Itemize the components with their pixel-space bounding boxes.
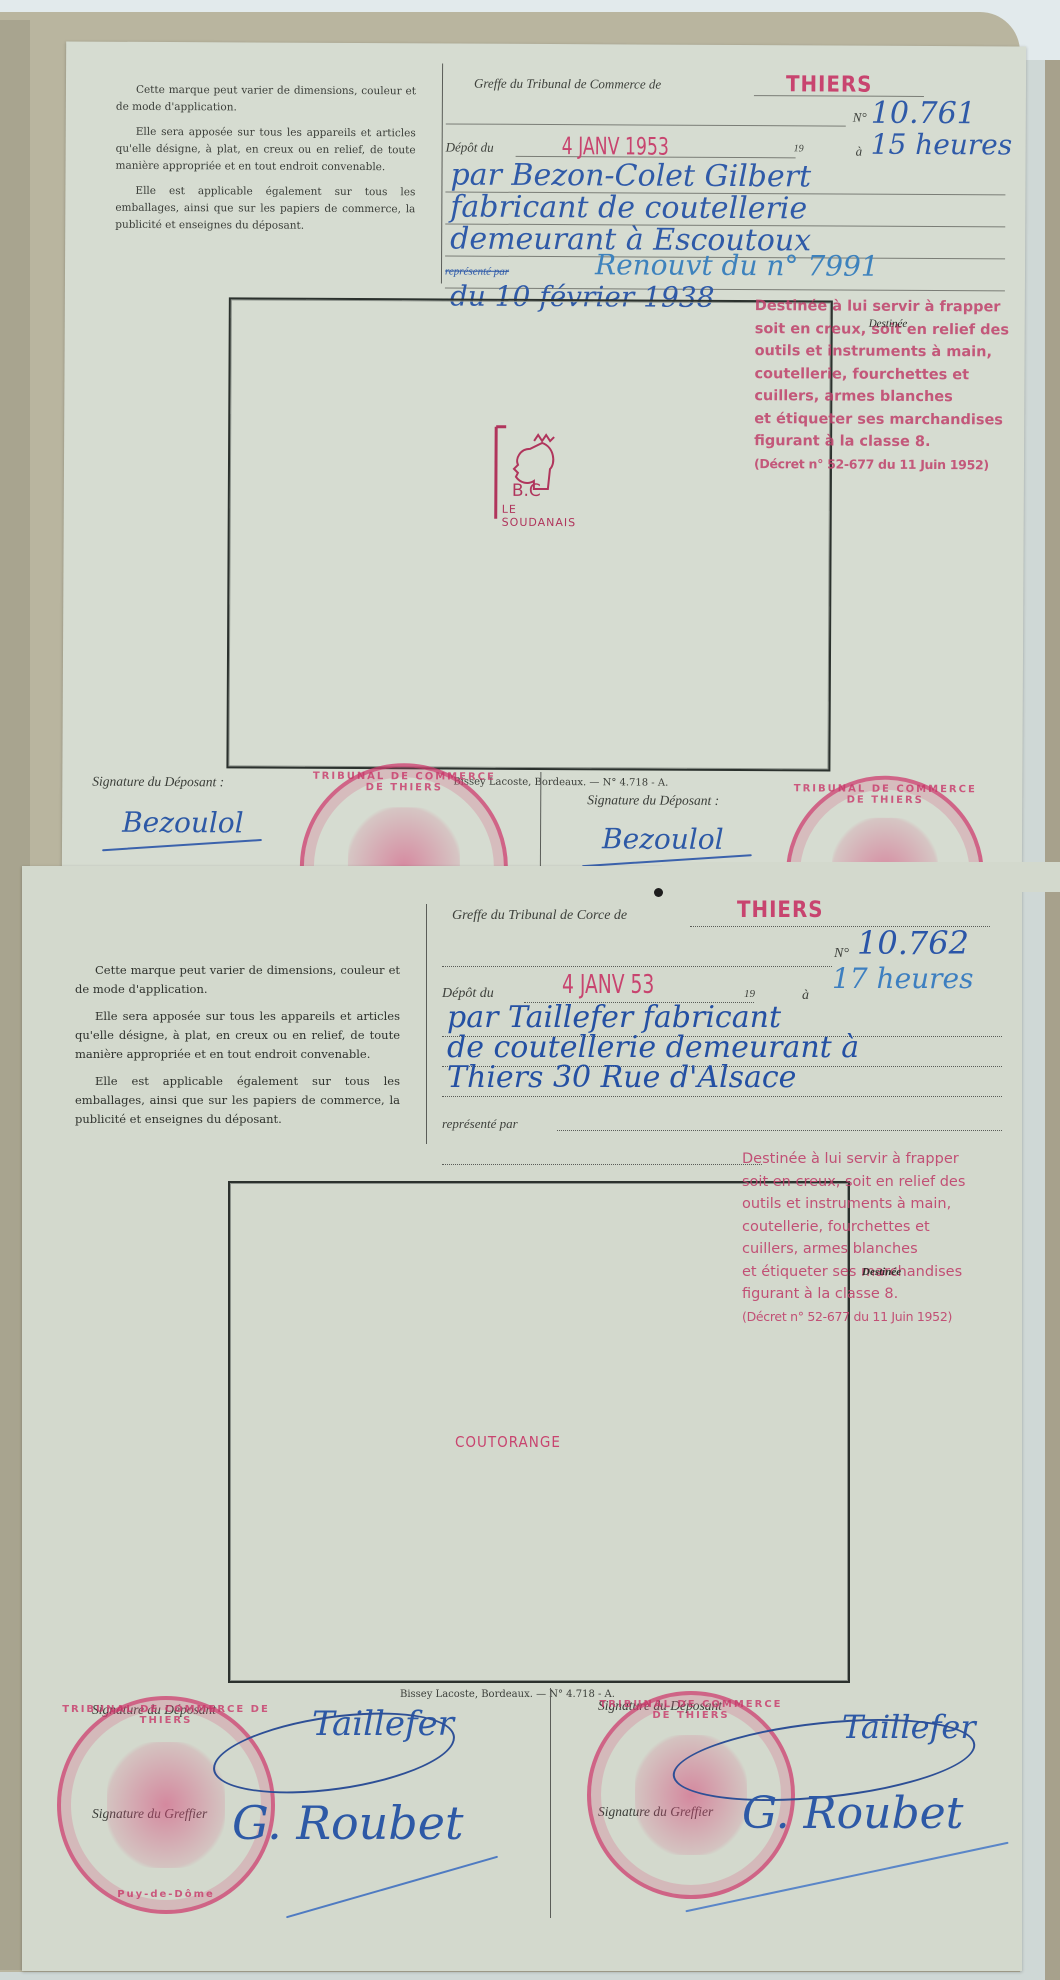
depositor-address: Thiers 30 Rue d'Alsace bbox=[447, 1060, 796, 1095]
depot-label: Dépôt du bbox=[446, 139, 494, 155]
form-sheet-top: Cette marque peut varier de dimensions, … bbox=[62, 41, 1026, 886]
mark-frame: B.C LE SOUDANAIS Bissey Lacoste, Bordeau… bbox=[226, 297, 832, 771]
destinee-print: Destinée bbox=[869, 318, 908, 330]
decree-reference: (Décret n° 52-677 du 11 Juin 1952) bbox=[754, 453, 1024, 477]
field-dots bbox=[442, 1164, 762, 1165]
year-label: 19 bbox=[794, 143, 804, 154]
registration-number: 10.762 bbox=[857, 924, 969, 962]
year-label: 19 bbox=[744, 988, 755, 1000]
represente-label: représenté par bbox=[445, 265, 509, 277]
field-dots bbox=[442, 1096, 1002, 1097]
destination-text: Destinée à lui servir à frapper soit en … bbox=[742, 1148, 1032, 1328]
printer-line: Bissey Lacoste, Bordeaux. — N° 4.718 - A… bbox=[400, 1689, 615, 1700]
destination-line: cuillers, armes blanches bbox=[754, 385, 1024, 409]
field-line bbox=[446, 123, 846, 126]
greffe-label: Greffe du Tribunal de Corce de bbox=[452, 908, 627, 924]
info-paragraph: Elle est applicable également sur tous l… bbox=[75, 1072, 400, 1129]
info-paragraph: Elle sera apposée sur tous les appareils… bbox=[75, 1007, 400, 1064]
greffier-signature: G. Roubet bbox=[232, 1796, 463, 1850]
destination-line: et étiqueter ses marchandises bbox=[754, 408, 1024, 432]
depot-date-stamp: 4 JANV 53 bbox=[562, 970, 654, 1000]
depositant-signature-2: Bezoulol bbox=[602, 822, 724, 856]
time-label: à bbox=[856, 144, 863, 160]
seal-liberty-figure bbox=[107, 1742, 225, 1868]
mark-name: COUTORANGE bbox=[455, 1433, 561, 1451]
form-sheet-bottom: Cette marque peut varier de dimensions, … bbox=[22, 866, 1022, 1971]
info-paragraph: Elle sera apposée sur tous les appareils… bbox=[116, 124, 416, 177]
punch-hole bbox=[654, 888, 663, 897]
field-dots bbox=[557, 1130, 1002, 1131]
seal-bottom-text: Puy-de-Dôme bbox=[61, 1889, 271, 1900]
destination-line: outils et instruments à main, bbox=[742, 1193, 1032, 1216]
signature-underline bbox=[286, 1856, 498, 1919]
destination-line: figurant à la classe 8. bbox=[742, 1283, 1032, 1306]
divider bbox=[426, 904, 427, 1144]
info-paragraph: Cette marque peut varier de dimensions, … bbox=[75, 961, 400, 999]
renewal-note: Renouvt du n° 7991 bbox=[595, 248, 879, 282]
destination-line: Destinée à lui servir à frapper bbox=[755, 295, 1025, 319]
destination-line: Destinée à lui servir à frapper bbox=[742, 1148, 1032, 1171]
destination-line: cuillers, armes blanches bbox=[742, 1238, 1032, 1261]
destination-line: outils et instruments à main, bbox=[755, 340, 1025, 364]
field-dots bbox=[442, 966, 832, 967]
seal-text: TRIBUNAL DE COMMERCE DE THIERS bbox=[61, 1704, 271, 1726]
signature-depositant-label: Signature du Déposant : bbox=[92, 774, 224, 791]
info-paragraphs: Cette marque peut varier de dimensions, … bbox=[115, 82, 416, 244]
seal-text: TRIBUNAL DE COMMERCE DE THIERS bbox=[591, 1699, 791, 1721]
number-label: N° bbox=[853, 110, 867, 126]
seal-text: TRIBUNAL DE COMMERCE DE THIERS bbox=[304, 771, 504, 794]
seal-text: TRIBUNAL DE COMMERCE DE THIERS bbox=[790, 783, 980, 806]
mark-initials: B.C bbox=[512, 481, 541, 501]
destination-line: soit en creux, soit en relief des bbox=[742, 1171, 1032, 1194]
signature-underline bbox=[102, 839, 262, 851]
info-paragraph: Elle est applicable également sur tous l… bbox=[115, 183, 415, 236]
number-label: N° bbox=[834, 946, 849, 962]
sheet-tab bbox=[662, 862, 1060, 892]
adjacent-document-edge bbox=[1045, 60, 1060, 1980]
city-stamp: THIERS bbox=[786, 72, 873, 97]
destination-line: coutellerie, fourchettes et bbox=[742, 1216, 1032, 1239]
destinee-print: Destinée bbox=[862, 1266, 901, 1278]
decree-reference: (Décret n° 52-677 du 11 Juin 1952) bbox=[742, 1306, 1032, 1329]
greffier-signature-2: G. Roubet bbox=[742, 1788, 963, 1839]
signature-divider bbox=[550, 1688, 551, 1918]
depot-date-stamp: 4 JANV 1953 bbox=[562, 132, 669, 161]
time-label: à bbox=[802, 988, 809, 1004]
city-stamp: THIERS bbox=[737, 898, 823, 923]
destination-line: coutellerie, fourchettes et bbox=[754, 363, 1024, 387]
greffe-label: Greffe du Tribunal de Commerce de bbox=[474, 76, 661, 93]
info-paragraphs: Cette marque peut varier de dimensions, … bbox=[75, 961, 400, 1137]
deposit-time: 17 heures bbox=[832, 962, 974, 995]
mark-name: LE SOUDANAIS bbox=[502, 503, 580, 529]
divider bbox=[441, 63, 443, 283]
destination-line: figurant à la classe 8. bbox=[754, 430, 1024, 454]
signature-depositant-label-2: Signature du Déposant : bbox=[587, 792, 719, 809]
mark-logo: B.C LE SOUDANAIS bbox=[490, 419, 581, 529]
represente-label: représenté par bbox=[442, 1116, 518, 1132]
depositant-signature: Bezoulol bbox=[122, 806, 244, 840]
info-paragraph: Cette marque peut varier de dimensions, … bbox=[116, 82, 416, 118]
deposit-time: 15 heures bbox=[871, 128, 1013, 162]
registration-number: 10.761 bbox=[871, 96, 976, 132]
